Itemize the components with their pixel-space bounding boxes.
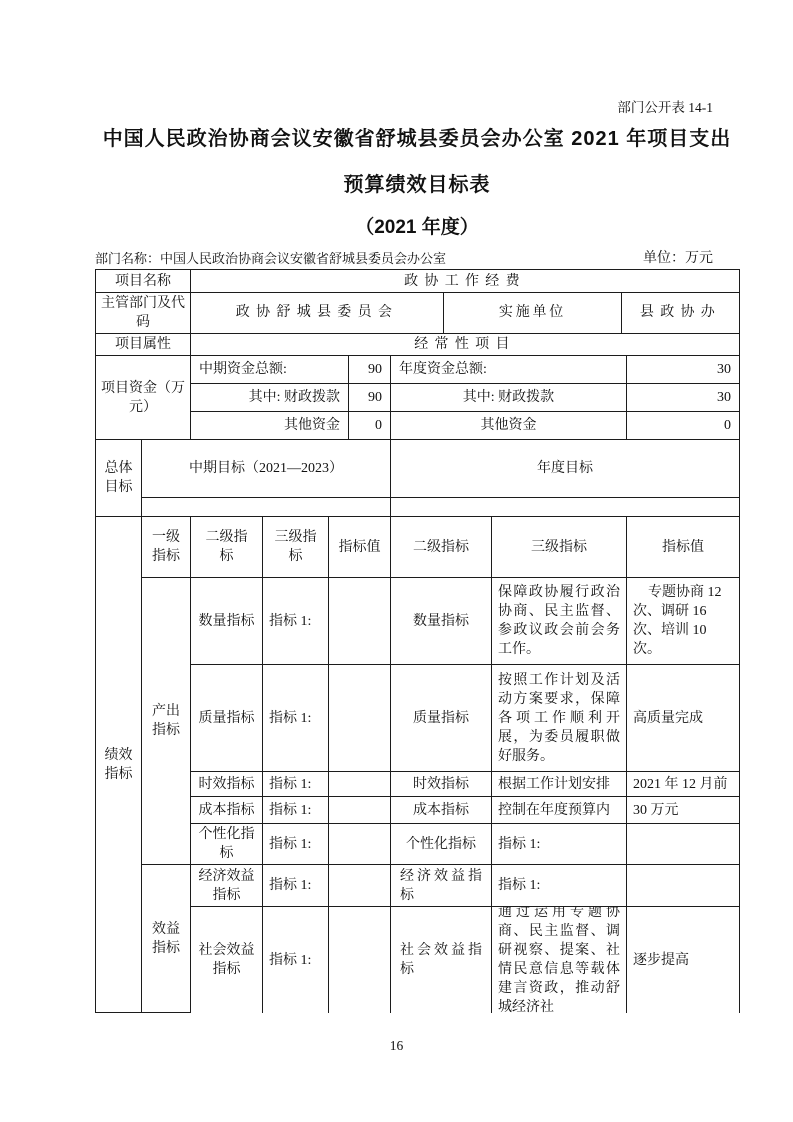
perf-l3-cell: 指标 1: — [263, 824, 329, 865]
perf-y3-cell: 控制在年度预算内 — [492, 797, 627, 824]
document-page: 部门公开表 14-1 中国人民政治协商会议安徽省舒城县委员会办公室 2021 年… — [0, 0, 793, 1122]
perf-y2-cell: 数量指标 — [391, 578, 492, 665]
project-name-row: 项目名称 政协工作经费 — [95, 269, 740, 293]
perf-y2-cell: 个性化指标 — [391, 824, 492, 865]
impl-unit-value: 县政协办 — [622, 292, 740, 334]
funding-mid-fiscal-label: 其中: 财政拨款 — [191, 384, 349, 412]
perf-yval-cell: 专题协商 12 次、调研 16 次、培训 10 次。 — [627, 578, 740, 665]
perf-yval-cell: 逐步提高 — [627, 907, 740, 1013]
funding-year-total-label: 年度资金总额: — [391, 356, 627, 384]
mid-term-goal-header: 中期目标（2021—2023） — [142, 440, 391, 498]
perf-val-cell — [329, 907, 391, 1013]
perf-y2-cell: 时效指标 — [391, 772, 492, 797]
perf-l3-cell: 指标 1: — [263, 797, 329, 824]
header-level2-mid: 二级指标 — [191, 517, 263, 578]
perf-l2-cell: 质量指标 — [191, 665, 263, 772]
perf-y2-cell: 社会效益指标 — [391, 907, 492, 1013]
header-level2-year: 二级指标 — [391, 517, 492, 578]
perf-l3-cell: 指标 1: — [263, 865, 329, 907]
funding-mid-other-value: 0 — [349, 412, 391, 440]
funding-year-other-label: 其他资金 — [391, 412, 627, 440]
project-attr-row: 项目属性 经常性项目 — [95, 334, 740, 356]
header-value-mid: 指标值 — [329, 517, 391, 578]
perf-l2-cell: 数量指标 — [191, 578, 263, 665]
perf-val-cell — [329, 578, 391, 665]
header-level3-year: 三级指标 — [492, 517, 627, 578]
funding-label: 项目资金（万元） — [96, 356, 191, 440]
funding-mid-total-value: 90 — [349, 356, 391, 384]
performance-block: 绩效指标 一级指标 二级指标 三级指标 指标值 二级指标 三级指标 指标值 产出… — [95, 517, 740, 1013]
perf-y2-cell: 成本指标 — [391, 797, 492, 824]
attr-value: 经常性项目 — [191, 334, 740, 356]
perf-l2-cell: 社会效益指标 — [191, 907, 263, 1013]
perf-y3-cell: 通过运用专题协商、民主监督、调研视察、提案、社情民意信息等载体建言资政，推动舒城… — [492, 907, 627, 1013]
funding-year-fiscal-label: 其中: 财政拨款 — [391, 384, 627, 412]
overall-goal-block: 总体目标 中期目标（2021—2023） 年度目标 — [95, 440, 740, 517]
perf-yval-cell — [627, 824, 740, 865]
unit-label: 单位：万元 — [643, 247, 713, 267]
overall-goal-label: 总体目标 — [96, 440, 142, 517]
perf-yval-cell — [627, 865, 740, 907]
perf-y3-cell: 指标 1: — [492, 824, 627, 865]
perf-l2-cell: 个性化指标 — [191, 824, 263, 865]
perf-l3-cell: 指标 1: — [263, 578, 329, 665]
perf-l2-cell: 成本指标 — [191, 797, 263, 824]
header-level1: 一级指标 — [142, 517, 191, 578]
impl-unit-label: 实施单位 — [444, 292, 622, 334]
funding-mid-fiscal-value: 90 — [349, 384, 391, 412]
annual-goal-value — [391, 498, 740, 517]
perf-val-cell — [329, 797, 391, 824]
perf-val-cell — [329, 665, 391, 772]
funding-block: 项目资金（万元） 中期资金总额: 90 年度资金总额: 30 其中: 财政拨款 … — [95, 356, 740, 440]
table-meta-line: 部门名称：中国人民政治协商会议安徽省舒城县委员会办公室 单位：万元 — [95, 247, 739, 267]
department-name-label: 部门名称：中国人民政治协商会议安徽省舒城县委员会办公室 — [95, 248, 446, 267]
document-subtitle: （2021 年度） — [95, 212, 739, 239]
mid-term-goal-value — [142, 498, 391, 517]
perf-y3-cell: 保障政协履行政治协商、民主监督、参政议政会前会务工作。 — [492, 578, 627, 665]
benefit-group-label: 效益指标 — [142, 865, 191, 1013]
perf-y3-cell: 按照工作计划及活动方案要求，保障各项工作顺利开展，为委员履职做好服务。 — [492, 665, 627, 772]
perf-val-cell — [329, 824, 391, 865]
perf-l2-cell: 经济效益指标 — [191, 865, 263, 907]
funding-year-fiscal-value: 30 — [627, 384, 740, 412]
perf-l3-cell: 指标 1: — [263, 665, 329, 772]
perf-yval-cell: 高质量完成 — [627, 665, 740, 772]
project-name-value: 政协工作经费 — [191, 270, 740, 293]
project-name-label: 项目名称 — [96, 270, 191, 293]
document-title: 中国人民政治协商会议安徽省舒城县委员会办公室 2021 年项目支出预算绩效目标表 — [95, 116, 739, 208]
perf-y2-cell: 质量指标 — [391, 665, 492, 772]
perf-y2-cell: 经济效益指标 — [391, 865, 492, 907]
output-group-label: 产出指标 — [142, 578, 191, 865]
perf-y3-cell: 根据工作计划安排 — [492, 772, 627, 797]
perf-y3-cell: 指标 1: — [492, 865, 627, 907]
perf-l3-cell: 指标 1: — [263, 907, 329, 1013]
perf-val-cell — [329, 865, 391, 907]
perf-val-cell — [329, 772, 391, 797]
dept-label: 主管部门及代码 — [96, 292, 191, 334]
perf-yval-cell: 2021 年 12 月前 — [627, 772, 740, 797]
department-row: 主管部门及代码 政协舒城县委员会 实施单位 县政协办 — [95, 292, 740, 334]
annual-goal-header: 年度目标 — [391, 440, 740, 498]
funding-mid-total-label: 中期资金总额: — [191, 356, 349, 384]
performance-label: 绩效指标 — [96, 517, 142, 1013]
perf-l3-cell: 指标 1: — [263, 772, 329, 797]
funding-year-other-value: 0 — [627, 412, 740, 440]
funding-mid-other-label: 其他资金 — [191, 412, 349, 440]
form-number-tag: 部门公开表 14-1 — [95, 96, 739, 116]
perf-l2-cell: 时效指标 — [191, 772, 263, 797]
header-level3-mid: 三级指标 — [263, 517, 329, 578]
header-value-year: 指标值 — [627, 517, 740, 578]
perf-yval-cell: 30 万元 — [627, 797, 740, 824]
page-number: 16 — [0, 1038, 793, 1054]
dept-value: 政协舒城县委员会 — [191, 292, 444, 334]
funding-year-total-value: 30 — [627, 356, 740, 384]
attr-label: 项目属性 — [96, 334, 191, 356]
